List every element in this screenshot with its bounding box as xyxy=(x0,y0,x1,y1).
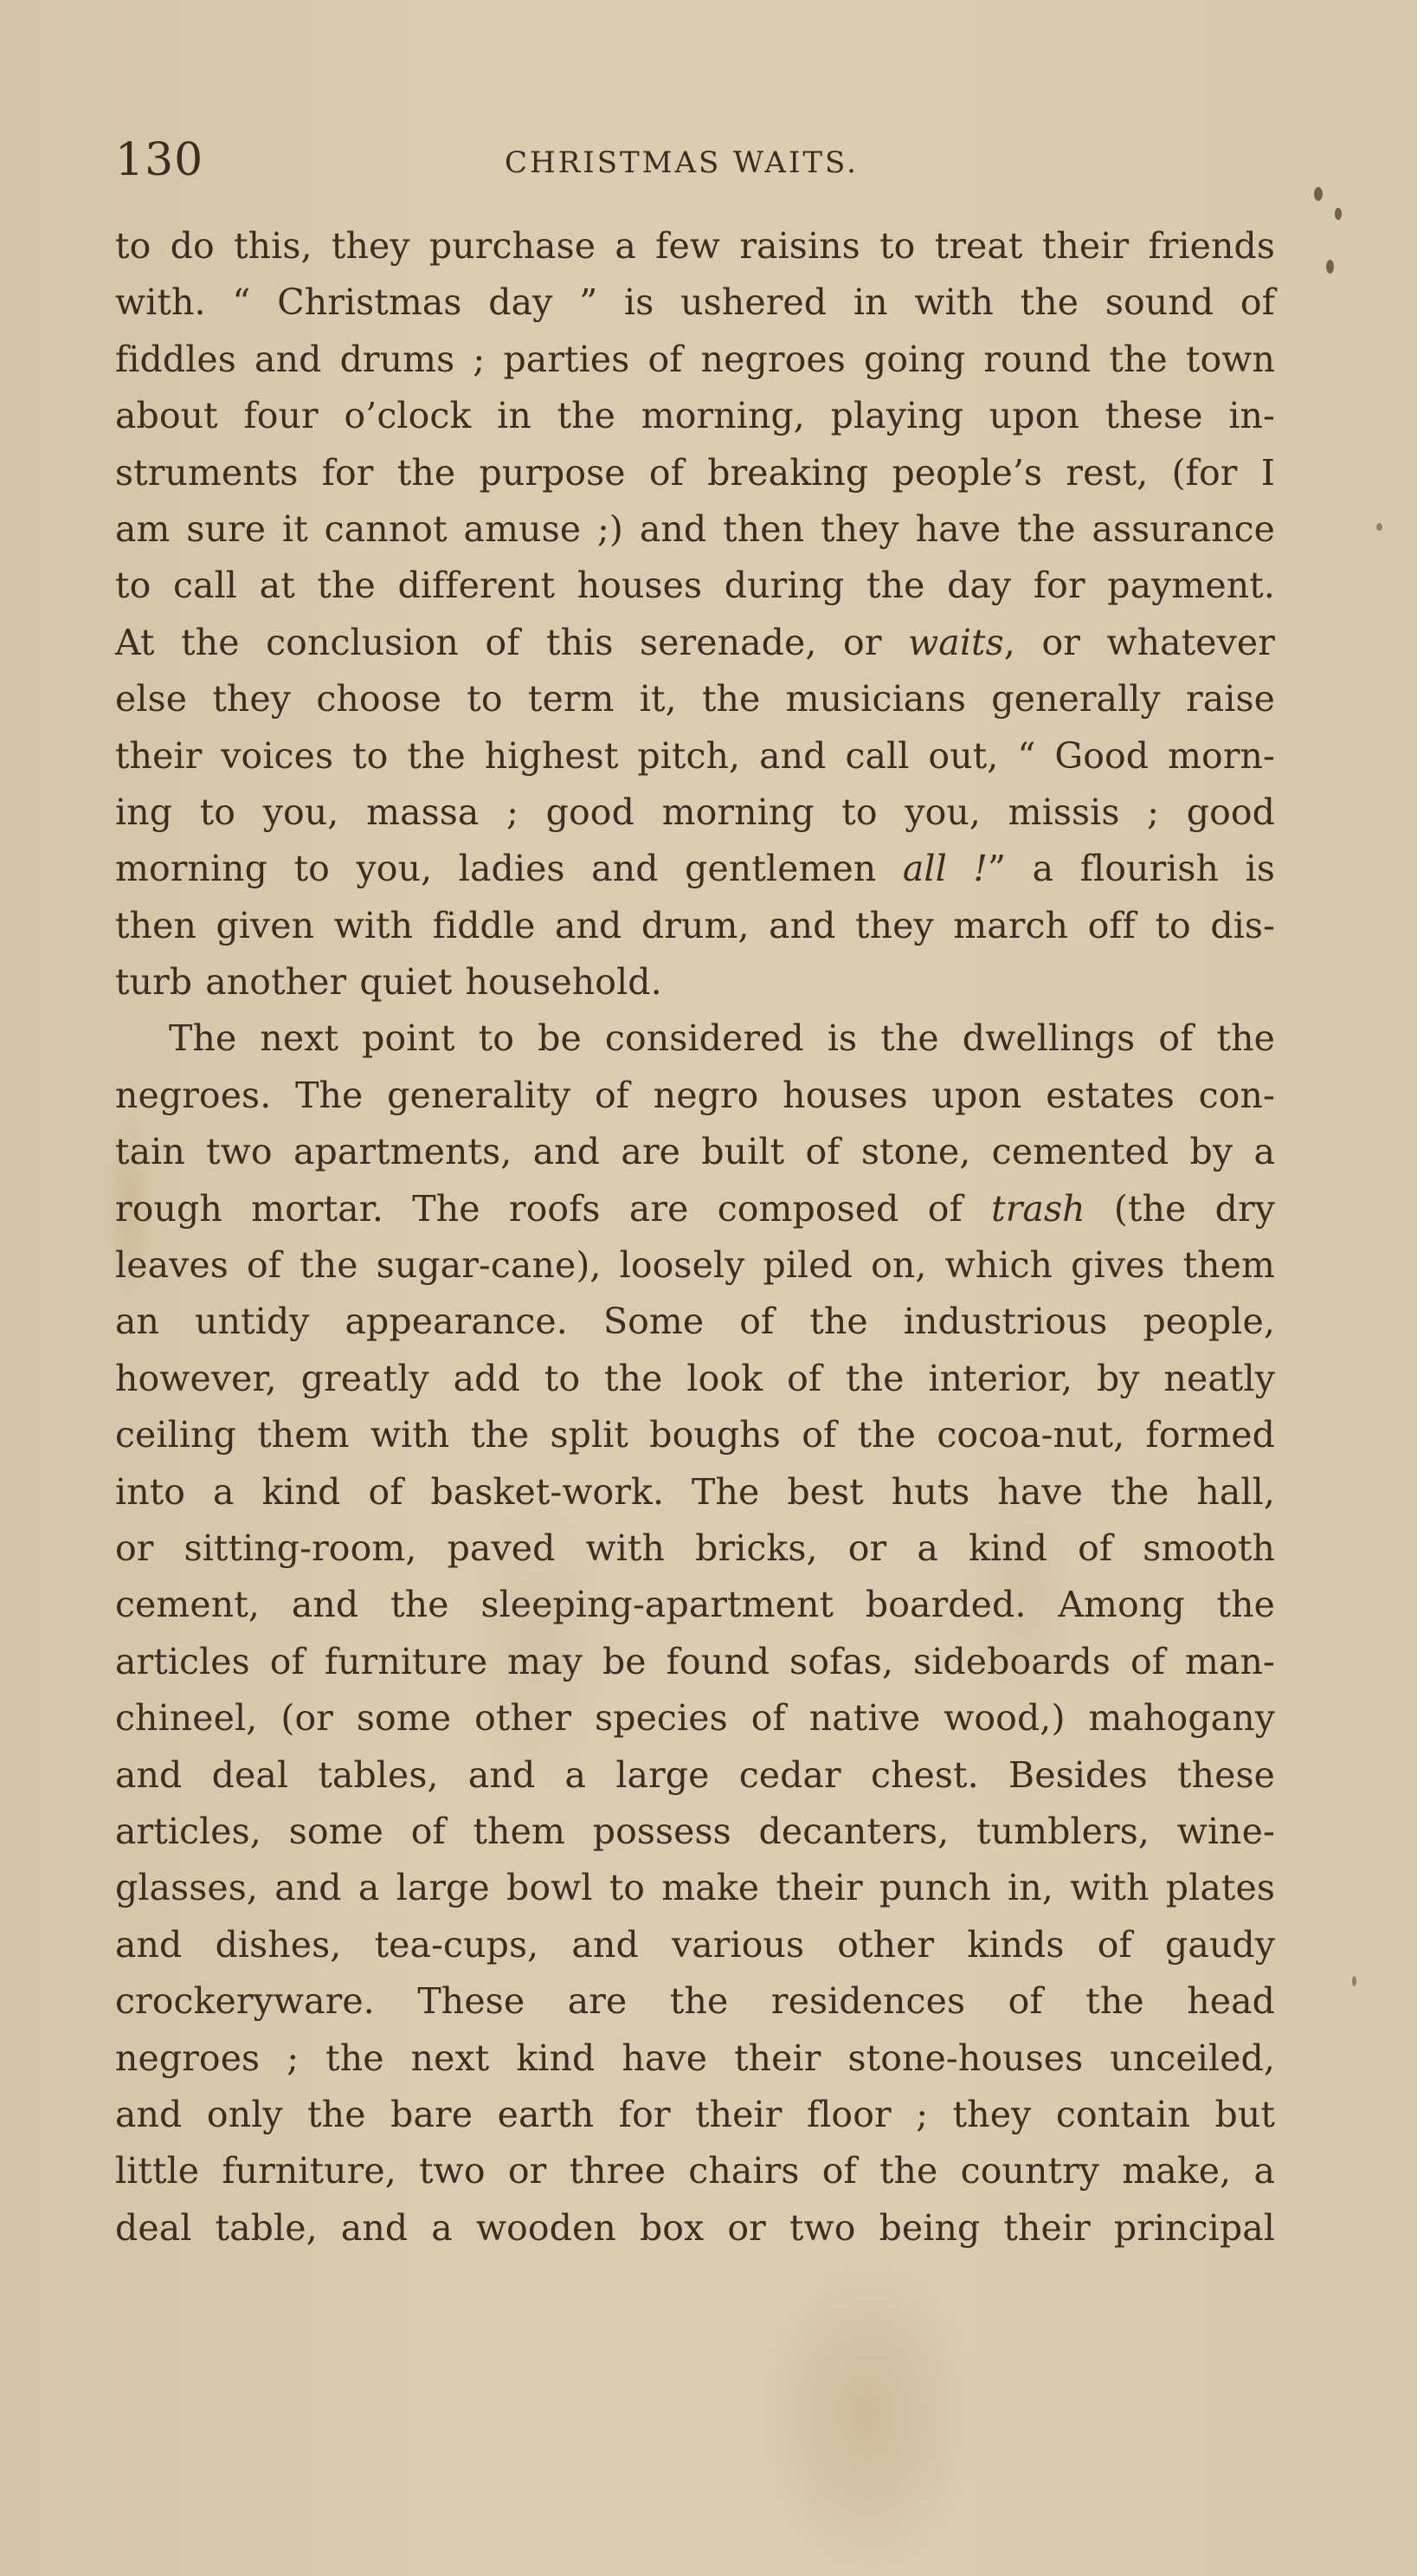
text-segment: (the dry xyxy=(1085,1188,1275,1230)
text-line: crockeryware. These are the residences o… xyxy=(115,1973,1275,2030)
text-line: about four o’clock in the morning, playi… xyxy=(115,388,1275,444)
text-line: chineel, (or some other species of nativ… xyxy=(115,1690,1275,1746)
text-line: cement, and the sleeping-apartment board… xyxy=(115,1577,1275,1633)
text-line: however, greatly add to the look of the … xyxy=(115,1351,1275,1407)
ink-speck xyxy=(1326,260,1334,274)
text-line: rough mortar. The roofs are composed of … xyxy=(115,1181,1275,1237)
text-line: tain two apartments, and are built of st… xyxy=(115,1124,1275,1180)
text-line: glasses, and a large bowl to make their … xyxy=(115,1860,1275,1916)
ink-speck xyxy=(1352,1976,1356,1986)
text-line: ceiling them with the split boughs of th… xyxy=(115,1407,1275,1463)
text-segment: negroes ; the next kind have their stone… xyxy=(115,2037,1275,2079)
ink-speck xyxy=(1335,208,1342,220)
text-segment: to call at the different houses during t… xyxy=(115,565,1275,606)
text-segment: else they choose to term it, the musicia… xyxy=(115,678,1275,720)
text-line: to call at the different houses during t… xyxy=(115,558,1275,614)
running-title: CHRISTMAS WAITS. xyxy=(505,145,859,180)
text-segment: turb another quiet household. xyxy=(115,961,662,1003)
text-segment: however, greatly add to the look of the … xyxy=(115,1358,1275,1399)
text-line: negroes. The generality of negro houses … xyxy=(115,1068,1275,1124)
text-segment: articles, some of them possess decanters… xyxy=(115,1811,1275,1852)
text-line: articles of furniture may be found sofas… xyxy=(115,1634,1275,1690)
text-segment: , or whatever xyxy=(1004,622,1275,663)
text-segment: cement, and the sleeping-apartment board… xyxy=(115,1584,1275,1625)
text-segment: little furniture, two or three chairs of… xyxy=(115,2150,1275,2192)
text-line: articles, some of them possess decanters… xyxy=(115,1804,1275,1860)
text-segment: struments for the purpose of breaking pe… xyxy=(115,452,1275,494)
page-number: 130 xyxy=(115,139,203,182)
text-line: or sitting-room, paved with bricks, or a… xyxy=(115,1520,1275,1577)
text-line: At the conclusion of this serenade, or w… xyxy=(115,615,1275,671)
ink-speck xyxy=(1314,187,1323,201)
text-line: and only the bare earth for their floor … xyxy=(115,2087,1275,2143)
text-segment: and deal tables, and a large cedar chest… xyxy=(115,1754,1275,1796)
running-head: 130 CHRISTMAS WAITS. xyxy=(115,139,1275,182)
text-line: their voices to the highest pitch, and c… xyxy=(115,728,1275,784)
text-line: an untidy appearance. Some of the indust… xyxy=(115,1294,1275,1350)
text-segment: crockeryware. These are the residences o… xyxy=(115,1980,1275,2022)
text-segment: ing to you, massa ; good morning to you,… xyxy=(115,791,1275,833)
text-line: negroes ; the next kind have their stone… xyxy=(115,2030,1275,2087)
text-segment: chineel, (or some other species of nativ… xyxy=(115,1697,1275,1739)
text-segment: an untidy appearance. Some of the indust… xyxy=(115,1301,1275,1342)
text-segment: and only the bare earth for their floor … xyxy=(115,2094,1275,2135)
book-page: 130 CHRISTMAS WAITS. to do this, they pu… xyxy=(0,0,1417,2576)
text-segment: then given with fiddle and drum, and the… xyxy=(115,905,1275,946)
text-line: The next point to be considered is the d… xyxy=(115,1010,1275,1067)
text-line: and dishes, tea-cups, and various other … xyxy=(115,1917,1275,1973)
text-line: deal table, and a wooden box or two bein… xyxy=(115,2200,1275,2256)
text-line: turb another quiet household. xyxy=(115,954,1275,1010)
text-line: to do this, they purchase a few raisins … xyxy=(115,218,1275,274)
italic-term: waits xyxy=(908,622,1004,663)
text-segment: tain two apartments, and are built of st… xyxy=(115,1131,1275,1172)
text-segment: The next point to be considered is the d… xyxy=(169,1017,1275,1059)
text-segment: At the conclusion of this serenade, or xyxy=(115,622,908,663)
text-line: and deal tables, and a large cedar chest… xyxy=(115,1747,1275,1804)
text-segment: am sure it cannot amuse ;) and then they… xyxy=(115,508,1275,550)
body-text: to do this, they purchase a few raisins … xyxy=(115,218,1275,2256)
italic-term: trash xyxy=(991,1188,1085,1230)
text-line: ing to you, massa ; good morning to you,… xyxy=(115,784,1275,841)
text-segment: to do this, they purchase a few raisins … xyxy=(115,225,1275,267)
text-line: fiddles and drums ; parties of negroes g… xyxy=(115,332,1275,388)
text-line: struments for the purpose of breaking pe… xyxy=(115,445,1275,501)
text-segment: rough mortar. The roofs are composed of xyxy=(115,1188,991,1230)
text-segment: into a kind of basket-work. The best hut… xyxy=(115,1471,1275,1513)
text-segment: their voices to the highest pitch, and c… xyxy=(115,735,1275,777)
text-segment: about four o’clock in the morning, playi… xyxy=(115,395,1275,436)
text-segment: deal table, and a wooden box or two bein… xyxy=(115,2207,1275,2249)
text-line: leaves of the sugar-cane), loosely piled… xyxy=(115,1237,1275,1294)
text-segment: fiddles and drums ; parties of negroes g… xyxy=(115,339,1275,380)
text-segment: with. “ Christmas day ” is ushered in wi… xyxy=(115,281,1275,323)
text-segment: morning to you, ladies and gentlemen xyxy=(115,848,903,889)
text-line: with. “ Christmas day ” is ushered in wi… xyxy=(115,274,1275,331)
text-segment: ceiling them with the split boughs of th… xyxy=(115,1414,1275,1456)
text-segment: glasses, and a large bowl to make their … xyxy=(115,1867,1275,1908)
text-segment: or sitting-room, paved with bricks, or a… xyxy=(115,1527,1275,1569)
text-line: else they choose to term it, the musicia… xyxy=(115,671,1275,727)
italic-term: all ! xyxy=(903,848,988,889)
text-segment: ” a flourish is xyxy=(988,848,1275,889)
text-segment: and dishes, tea-cups, and various other … xyxy=(115,1924,1275,1966)
text-segment: leaves of the sugar-cane), loosely piled… xyxy=(115,1244,1275,1286)
text-line: into a kind of basket-work. The best hut… xyxy=(115,1464,1275,1520)
text-line: morning to you, ladies and gentlemen all… xyxy=(115,841,1275,897)
text-line: am sure it cannot amuse ;) and then they… xyxy=(115,501,1275,558)
text-line: little furniture, two or three chairs of… xyxy=(115,2143,1275,2199)
text-segment: negroes. The generality of negro houses … xyxy=(115,1075,1275,1116)
ink-speck xyxy=(1376,523,1382,531)
text-segment: articles of furniture may be found sofas… xyxy=(115,1641,1275,1682)
text-line: then given with fiddle and drum, and the… xyxy=(115,898,1275,954)
